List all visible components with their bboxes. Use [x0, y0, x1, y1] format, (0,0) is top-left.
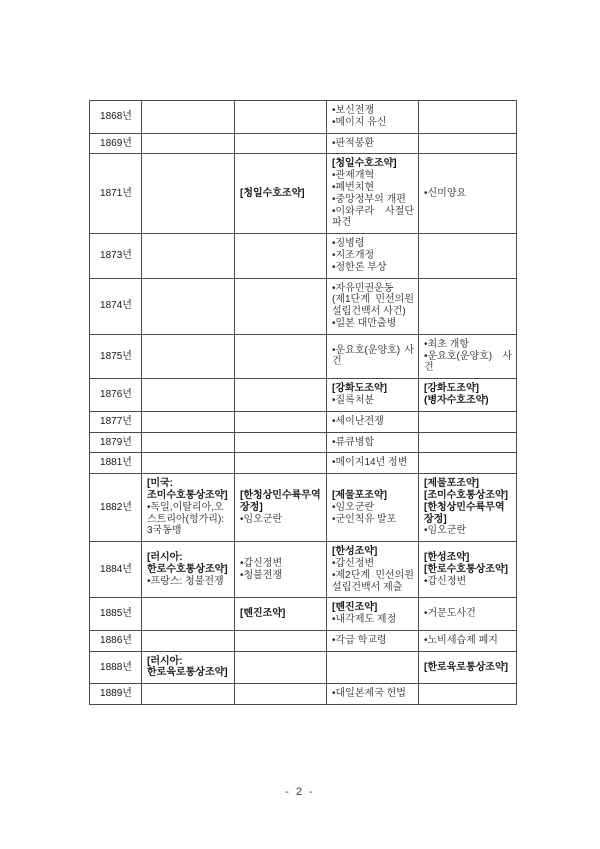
content-cell — [235, 684, 327, 705]
content-cell: [톈진조약] — [235, 598, 327, 631]
year-cell: 1885년 — [90, 598, 142, 631]
content-cell — [142, 133, 235, 154]
content-cell — [142, 278, 235, 334]
content-cell: •갑신정변•청불전쟁 — [235, 542, 327, 598]
year-cell: 1875년 — [90, 334, 142, 378]
treaty-label: [제물포조약] — [332, 490, 414, 502]
content-cell: •세이난전쟁 — [327, 411, 419, 432]
year-cell: 1884년 — [90, 542, 142, 598]
content-cell: •메이지14년 정변 — [327, 453, 419, 474]
content-cell — [419, 684, 517, 705]
content-cell — [142, 630, 235, 651]
content-cell: [강화도조약]•질록처분 — [327, 379, 419, 412]
content-cell: [청일수호조약]•관제개혁•폐번치현•중앙정부의 개편•이와쿠라 사절단 파견 — [327, 154, 419, 234]
content-cell — [235, 234, 327, 278]
treaty-label: [한청상민수륙무역장정] — [240, 490, 322, 514]
content-cell — [419, 411, 517, 432]
year-cell: 1886년 — [90, 630, 142, 651]
treaty-label: [한로수호통상조약] — [424, 564, 512, 576]
year-cell: 1874년 — [90, 278, 142, 334]
event-item: •독일,이탈리아,오스트리아(헝가리): 3국동맹 — [147, 502, 230, 537]
content-cell — [419, 133, 517, 154]
content-cell: [제물포조약]•임오군란•군인칙유 발포 — [327, 474, 419, 542]
treaty-label: [강화도조약] — [332, 383, 414, 395]
event-item: •지조개정 — [332, 250, 414, 262]
event-item: •중앙정부의 개편 — [332, 194, 414, 206]
content-cell: •각급 학교령 — [327, 630, 419, 651]
content-cell — [142, 101, 235, 134]
treaty-label: [청일수호조약] — [240, 188, 322, 200]
event-item: •폐번치현 — [332, 182, 414, 194]
content-cell: •류큐병합 — [327, 432, 419, 453]
content-cell — [235, 101, 327, 134]
treaty-label: [조미수호통상조약] — [424, 490, 512, 502]
content-cell — [142, 379, 235, 412]
table-row: 1868년•보신전쟁•메이지 유신 — [90, 101, 517, 134]
event-item: •군인칙유 발포 — [332, 514, 414, 526]
content-cell: •보신전쟁•메이지 유신 — [327, 101, 419, 134]
event-item: •신미양요 — [424, 188, 512, 200]
year-cell: 1871년 — [90, 154, 142, 234]
event-item: •메이지 유신 — [332, 117, 414, 129]
event-item: (제1단계 민선의원 설립건백서 사건) — [332, 294, 414, 318]
table-row: 1884년[러시아:한로수호통상조약]•프랑스: 청불전쟁•갑신정변•청불전쟁[… — [90, 542, 517, 598]
treaty-label: [러시아: — [147, 656, 230, 668]
year-cell: 1879년 — [90, 432, 142, 453]
content-cell — [142, 453, 235, 474]
history-timeline-table: 1868년•보신전쟁•메이지 유신1869년•판적봉환1871년[청일수호조약]… — [89, 100, 517, 705]
content-cell — [419, 101, 517, 134]
table-row: 1885년[톈진조약][톈진조약]•내각제도 제정•거문도사건 — [90, 598, 517, 631]
treaty-label: [톈진조약] — [332, 602, 414, 614]
content-cell — [235, 411, 327, 432]
event-item: •일본 대만출병 — [332, 318, 414, 330]
event-item: •내각제도 제정 — [332, 614, 414, 626]
treaty-label: [톈진조약] — [240, 608, 322, 620]
content-cell — [142, 154, 235, 234]
content-cell: [청일수호조약] — [235, 154, 327, 234]
content-cell — [419, 432, 517, 453]
content-cell: •판적봉환 — [327, 133, 419, 154]
document-page: 1868년•보신전쟁•메이지 유신1869년•판적봉환1871년[청일수호조약]… — [0, 0, 600, 849]
content-cell: •대일본제국 헌법 — [327, 684, 419, 705]
event-item: •청불전쟁 — [240, 570, 322, 582]
content-cell — [419, 234, 517, 278]
table-row: 1873년•징병령•지조개정•정한론 부상 — [90, 234, 517, 278]
table-row: 1874년•자유민권운동(제1단계 민선의원 설립건백서 사건)•일본 대만출병 — [90, 278, 517, 334]
table-row: 1875년•운요호(운양호) 사건•최초 개항•운요호(운양호) 사건 — [90, 334, 517, 378]
content-cell — [142, 334, 235, 378]
content-cell: [한로육로통상조약] — [419, 651, 517, 684]
page-number: - 2 - — [0, 786, 600, 798]
treaty-label: [한청상민수륙무역장정] — [424, 502, 512, 526]
event-item: •메이지14년 정변 — [332, 457, 414, 469]
event-item: •판적봉환 — [332, 138, 414, 150]
content-cell — [235, 334, 327, 378]
event-item: •이와쿠라 사절단 파견 — [332, 206, 414, 230]
year-cell: 1876년 — [90, 379, 142, 412]
treaty-label: [청일수호조약] — [332, 158, 414, 170]
content-cell: [러시아:한로수호통상조약]•프랑스: 청불전쟁 — [142, 542, 235, 598]
content-cell — [235, 432, 327, 453]
table-row: 1882년[미국:조미수호통상조약]•독일,이탈리아,오스트리아(헝가리): 3… — [90, 474, 517, 542]
treaty-label: [미국: — [147, 478, 230, 490]
event-item: •보신전쟁 — [332, 105, 414, 117]
content-cell — [235, 630, 327, 651]
table-row: 1879년•류큐병합 — [90, 432, 517, 453]
treaty-label: 한로수호통상조약] — [147, 564, 230, 576]
event-item: •최초 개항 — [424, 339, 512, 351]
content-cell: [한청상민수륙무역장정]•임오군란 — [235, 474, 327, 542]
treaty-label: (병자수호조약) — [424, 395, 512, 407]
content-cell: [러시아:한로육로통상조약] — [142, 651, 235, 684]
event-item: •징병령 — [332, 238, 414, 250]
content-cell — [235, 453, 327, 474]
content-cell: [미국:조미수호통상조약]•독일,이탈리아,오스트리아(헝가리): 3국동맹 — [142, 474, 235, 542]
table-row: 1877년•세이난전쟁 — [90, 411, 517, 432]
event-item: •관제개혁 — [332, 170, 414, 182]
year-cell: 1881년 — [90, 453, 142, 474]
treaty-label: [강화도조약] — [424, 383, 512, 395]
treaty-label: [러시아: — [147, 552, 230, 564]
content-cell: •최초 개항•운요호(운양호) 사건 — [419, 334, 517, 378]
event-item: •운요호(운양호) 사건 — [332, 345, 414, 369]
treaty-label: [한성조약] — [332, 546, 414, 558]
table-row: 1869년•판적봉환 — [90, 133, 517, 154]
content-cell: [톈진조약]•내각제도 제정 — [327, 598, 419, 631]
content-cell — [142, 234, 235, 278]
content-cell — [419, 453, 517, 474]
event-item: •갑신정변 — [332, 558, 414, 570]
year-cell: 1889년 — [90, 684, 142, 705]
content-cell — [235, 133, 327, 154]
content-cell — [142, 432, 235, 453]
content-cell — [142, 598, 235, 631]
year-cell: 1888년 — [90, 651, 142, 684]
content-cell: [강화도조약](병자수호조약) — [419, 379, 517, 412]
event-item: •임오군란 — [424, 525, 512, 537]
content-cell — [142, 684, 235, 705]
event-item: •임오군란 — [332, 502, 414, 514]
content-cell — [235, 278, 327, 334]
content-cell: •징병령•지조개정•정한론 부상 — [327, 234, 419, 278]
treaty-label: [한성조약] — [424, 552, 512, 564]
content-cell — [419, 278, 517, 334]
timeline-table-body: 1868년•보신전쟁•메이지 유신1869년•판적봉환1871년[청일수호조약]… — [90, 101, 517, 705]
event-item: •노비세습제 폐지 — [424, 635, 512, 647]
event-item: •제2단계 민선의원 설립건백서 제출 — [332, 570, 414, 594]
event-item: •정한론 부상 — [332, 262, 414, 274]
treaty-label: 한로육로통상조약] — [147, 667, 230, 679]
content-cell: [한성조약]•갑신정변•제2단계 민선의원 설립건백서 제출 — [327, 542, 419, 598]
content-cell — [235, 379, 327, 412]
treaty-label: [제물포조약] — [424, 478, 512, 490]
event-item: •임오군란 — [240, 514, 322, 526]
content-cell: •거문도사건 — [419, 598, 517, 631]
content-cell: [한성조약][한로수호통상조약]•갑신정변 — [419, 542, 517, 598]
content-cell: •노비세습제 폐지 — [419, 630, 517, 651]
year-cell: 1882년 — [90, 474, 142, 542]
content-cell — [327, 651, 419, 684]
content-cell: •운요호(운양호) 사건 — [327, 334, 419, 378]
event-item: •대일본제국 헌법 — [332, 688, 414, 700]
event-item: •각급 학교령 — [332, 635, 414, 647]
table-row: 1881년•메이지14년 정변 — [90, 453, 517, 474]
event-item: •거문도사건 — [424, 608, 512, 620]
table-row: 1889년•대일본제국 헌법 — [90, 684, 517, 705]
year-cell: 1873년 — [90, 234, 142, 278]
year-cell: 1869년 — [90, 133, 142, 154]
content-cell — [142, 411, 235, 432]
year-cell: 1868년 — [90, 101, 142, 134]
event-item: •운요호(운양호) 사건 — [424, 351, 512, 375]
table-row: 1876년[강화도조약]•질록처분[강화도조약](병자수호조약) — [90, 379, 517, 412]
event-item: •갑신정변 — [240, 558, 322, 570]
content-cell: •신미양요 — [419, 154, 517, 234]
event-item: •류큐병합 — [332, 437, 414, 449]
event-item: •갑신정변 — [424, 576, 512, 588]
table-row: 1886년•각급 학교령•노비세습제 폐지 — [90, 630, 517, 651]
event-item: •세이난전쟁 — [332, 416, 414, 428]
treaty-label: 조미수호통상조약] — [147, 490, 230, 502]
table-row: 1871년[청일수호조약][청일수호조약]•관제개혁•폐번치현•중앙정부의 개편… — [90, 154, 517, 234]
content-cell: •자유민권운동(제1단계 민선의원 설립건백서 사건)•일본 대만출병 — [327, 278, 419, 334]
event-item: •자유민권운동 — [332, 283, 414, 295]
event-item: •프랑스: 청불전쟁 — [147, 576, 230, 588]
year-cell: 1877년 — [90, 411, 142, 432]
event-item: •질록처분 — [332, 395, 414, 407]
table-row: 1888년[러시아:한로육로통상조약][한로육로통상조약] — [90, 651, 517, 684]
content-cell: [제물포조약][조미수호통상조약][한청상민수륙무역장정]•임오군란 — [419, 474, 517, 542]
content-cell — [235, 651, 327, 684]
treaty-label: [한로육로통상조약] — [424, 662, 512, 674]
